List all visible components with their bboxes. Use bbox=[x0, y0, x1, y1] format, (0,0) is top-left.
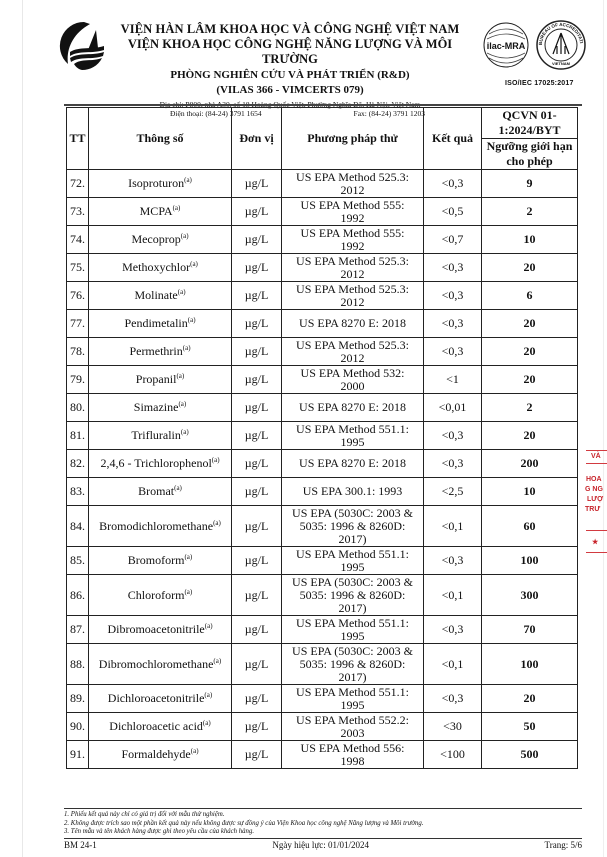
row-number: 75. bbox=[67, 254, 89, 282]
page-edge-right bbox=[603, 0, 604, 857]
row-number: 88. bbox=[67, 644, 89, 685]
svg-text:ilac-MRA: ilac-MRA bbox=[487, 41, 526, 51]
footnote-marker: (a) bbox=[183, 344, 191, 352]
parameter-name: Dichloroacetic acid(a) bbox=[89, 713, 232, 741]
test-method: US EPA 8270 E: 2018 bbox=[282, 394, 424, 422]
unit: µg/L bbox=[232, 506, 282, 547]
parameter-name: Permethrin(a) bbox=[89, 338, 232, 366]
test-method: US EPA 8270 E: 2018 bbox=[282, 310, 424, 338]
parameter-name: Trifluralin(a) bbox=[89, 422, 232, 450]
form-code: BM 24-1 bbox=[64, 840, 97, 850]
footnote-marker: (a) bbox=[205, 622, 213, 630]
result-value: <0,3 bbox=[424, 282, 482, 310]
limit-value: 6 bbox=[482, 282, 578, 310]
table-row: 82.2,4,6 - Trichlorophenol(a)µg/LUS EPA … bbox=[67, 450, 578, 478]
test-method: US EPA (5030C: 2003 & 5035: 1996 & 8260D… bbox=[282, 644, 424, 685]
limit-value: 2 bbox=[482, 198, 578, 226]
limit-value: 20 bbox=[482, 310, 578, 338]
unit: µg/L bbox=[232, 616, 282, 644]
result-value: <0,1 bbox=[424, 644, 482, 685]
unit: µg/L bbox=[232, 741, 282, 769]
parameter-name: Dichloroacetonitrile(a) bbox=[89, 685, 232, 713]
col-header-tt: TT bbox=[67, 108, 89, 170]
footnote-marker: (a) bbox=[204, 691, 212, 699]
row-number: 74. bbox=[67, 226, 89, 254]
institute-name: VIỆN KHOA HỌC CÔNG NGHỆ NĂNG LƯỢNG VÀ MÔ… bbox=[100, 37, 480, 67]
limit-value: 20 bbox=[482, 422, 578, 450]
result-value: <1 bbox=[424, 366, 482, 394]
note-3: 3. Tên mẫu và tên khách hàng được ghi th… bbox=[64, 828, 424, 837]
col-header-parameter: Thông số bbox=[89, 108, 232, 170]
footer-notes: 1. Phiếu kết quả này chỉ có giá trị đối … bbox=[64, 811, 424, 837]
limit-value: 10 bbox=[482, 226, 578, 254]
test-method: US EPA Method 551.1: 1995 bbox=[282, 616, 424, 644]
header-divider bbox=[64, 104, 582, 106]
unit: µg/L bbox=[232, 685, 282, 713]
row-number: 91. bbox=[67, 741, 89, 769]
footer-divider-bottom bbox=[64, 838, 582, 839]
effective-date: Ngày hiệu lực: 01/01/2024 bbox=[272, 840, 369, 850]
parameter-name: Mecoprop(a) bbox=[89, 226, 232, 254]
note-2: 2. Không được trích sao một phần kết quả… bbox=[64, 820, 424, 829]
limit-value: 100 bbox=[482, 644, 578, 685]
page-footer: BM 24-1 Ngày hiệu lực: 01/01/2024 Trang:… bbox=[64, 840, 582, 850]
table-row: 91.Formaldehyde(a)µg/LUS EPA Method 556:… bbox=[67, 741, 578, 769]
unit: µg/L bbox=[232, 547, 282, 575]
red-seal-stamp-fragment: VÀ HOA G NG LƯỢ TRƯ ★ bbox=[582, 448, 607, 558]
table-row: 73.MCPA(a)µg/LUS EPA Method 555: 1992<0,… bbox=[67, 198, 578, 226]
table-row: 79.Propanil(a)µg/LUS EPA Method 532: 200… bbox=[67, 366, 578, 394]
test-method: US EPA Method 555: 1992 bbox=[282, 198, 424, 226]
test-method: US EPA Method 555: 1992 bbox=[282, 226, 424, 254]
result-value: <30 bbox=[424, 713, 482, 741]
footnote-marker: (a) bbox=[181, 428, 189, 436]
limit-value: 300 bbox=[482, 575, 578, 616]
unit: µg/L bbox=[232, 713, 282, 741]
result-value: <0,3 bbox=[424, 254, 482, 282]
result-value: <0,3 bbox=[424, 310, 482, 338]
unit: µg/L bbox=[232, 366, 282, 394]
footnote-marker: (a) bbox=[174, 484, 182, 492]
star-icon: ★ bbox=[592, 538, 598, 546]
result-value: <0,3 bbox=[424, 685, 482, 713]
limit-value: 200 bbox=[482, 450, 578, 478]
parameter-name: Isoproturon(a) bbox=[89, 170, 232, 198]
document-header: VIỆN HÀN LÂM KHOA HỌC VÀ CÔNG NGHỆ VIỆT … bbox=[0, 0, 607, 102]
test-method: US EPA (5030C: 2003 & 5035: 1996 & 8260D… bbox=[282, 575, 424, 616]
limit-value: 20 bbox=[482, 338, 578, 366]
table-row: 81.Trifluralin(a)µg/LUS EPA Method 551.1… bbox=[67, 422, 578, 450]
unit: µg/L bbox=[232, 282, 282, 310]
limit-value: 2 bbox=[482, 394, 578, 422]
table-row: 89.Dichloroacetonitrile(a)µg/LUS EPA Met… bbox=[67, 685, 578, 713]
parameter-name: 2,4,6 - Trichlorophenol(a) bbox=[89, 450, 232, 478]
academy-name: VIỆN HÀN LÂM KHOA HỌC VÀ CÔNG NGHỆ VIỆT … bbox=[100, 22, 480, 37]
row-number: 85. bbox=[67, 547, 89, 575]
row-number: 79. bbox=[67, 366, 89, 394]
footnote-marker: (a) bbox=[184, 176, 192, 184]
results-table: TT Thông số Đơn vị Phương pháp thử Kết q… bbox=[66, 107, 578, 769]
test-method: US EPA Method 525.3: 2012 bbox=[282, 170, 424, 198]
row-number: 84. bbox=[67, 506, 89, 547]
footnote-marker: (a) bbox=[184, 553, 192, 561]
unit: µg/L bbox=[232, 198, 282, 226]
unit: µg/L bbox=[232, 310, 282, 338]
table-row: 85.Bromoform(a)µg/LUS EPA Method 551.1: … bbox=[67, 547, 578, 575]
department-name: PHÒNG NGHIÊN CỨU VÀ PHÁT TRIỂN (R&D) bbox=[100, 68, 480, 83]
footnote-marker: (a) bbox=[188, 316, 196, 324]
result-value: <2,5 bbox=[424, 478, 482, 506]
test-method: US EPA 300.1: 1993 bbox=[282, 478, 424, 506]
accreditation-codes: (VILAS 366 - VIMCERTS 079) bbox=[100, 83, 480, 97]
test-method: US EPA 8270 E: 2018 bbox=[282, 450, 424, 478]
table-row: 83.Bromat(a)µg/LUS EPA 300.1: 1993<2,510 bbox=[67, 478, 578, 506]
page-edge-left bbox=[22, 0, 23, 857]
test-method: US EPA Method 525.3: 2012 bbox=[282, 338, 424, 366]
table-row: 88.Dibromochloromethane(a)µg/LUS EPA (50… bbox=[67, 644, 578, 685]
test-method: US EPA Method 556: 1998 bbox=[282, 741, 424, 769]
table-row: 76.Molinate(a)µg/LUS EPA Method 525.3: 2… bbox=[67, 282, 578, 310]
unit: µg/L bbox=[232, 394, 282, 422]
page-number: Trang: 5/6 bbox=[545, 840, 582, 850]
parameter-name: Pendimetalin(a) bbox=[89, 310, 232, 338]
test-method: US EPA Method 551.1: 1995 bbox=[282, 685, 424, 713]
test-method: US EPA Method 532: 2000 bbox=[282, 366, 424, 394]
parameter-name: Propanil(a) bbox=[89, 366, 232, 394]
unit: µg/L bbox=[232, 575, 282, 616]
limit-value: 70 bbox=[482, 616, 578, 644]
test-method: US EPA Method 525.3: 2012 bbox=[282, 254, 424, 282]
result-value: <0,3 bbox=[424, 616, 482, 644]
footnote-marker: (a) bbox=[176, 372, 184, 380]
limit-value: 50 bbox=[482, 713, 578, 741]
result-value: <0,7 bbox=[424, 226, 482, 254]
limit-value: 500 bbox=[482, 741, 578, 769]
parameter-name: Bromodichloromethane(a) bbox=[89, 506, 232, 547]
unit: µg/L bbox=[232, 170, 282, 198]
table-row: 72.Isoproturon(a)µg/LUS EPA Method 525.3… bbox=[67, 170, 578, 198]
parameter-name: Chloroform(a) bbox=[89, 575, 232, 616]
result-value: <0,3 bbox=[424, 338, 482, 366]
col-header-result: Kết quả bbox=[424, 108, 482, 170]
result-value: <0,5 bbox=[424, 198, 482, 226]
row-number: 76. bbox=[67, 282, 89, 310]
row-number: 73. bbox=[67, 198, 89, 226]
result-value: <0,3 bbox=[424, 170, 482, 198]
result-value: <0,3 bbox=[424, 422, 482, 450]
footnote-marker: (a) bbox=[190, 260, 198, 268]
table-row: 78.Permethrin(a)µg/LUS EPA Method 525.3:… bbox=[67, 338, 578, 366]
row-number: 78. bbox=[67, 338, 89, 366]
footnote-marker: (a) bbox=[178, 400, 186, 408]
limit-value: 100 bbox=[482, 547, 578, 575]
limit-value: 10 bbox=[482, 478, 578, 506]
table-row: 87.Dibromoacetonitrile(a)µg/LUS EPA Meth… bbox=[67, 616, 578, 644]
parameter-name: Simazine(a) bbox=[89, 394, 232, 422]
table-row: 86.Chloroform(a)µg/LUS EPA (5030C: 2003 … bbox=[67, 575, 578, 616]
footnote-marker: (a) bbox=[173, 204, 181, 212]
result-value: <0,1 bbox=[424, 575, 482, 616]
test-method: US EPA Method 525.3: 2012 bbox=[282, 282, 424, 310]
col-header-limit: Ngưỡng giới hạn cho phép bbox=[482, 139, 578, 170]
iso-standard: ISO/IEC 17025:2017 bbox=[505, 80, 574, 87]
limit-value: 20 bbox=[482, 254, 578, 282]
row-number: 89. bbox=[67, 685, 89, 713]
limit-value: 20 bbox=[482, 685, 578, 713]
unit: µg/L bbox=[232, 338, 282, 366]
test-method: US EPA Method 551.1: 1995 bbox=[282, 422, 424, 450]
row-number: 86. bbox=[67, 575, 89, 616]
row-number: 81. bbox=[67, 422, 89, 450]
test-method: US EPA Method 552.2: 2003 bbox=[282, 713, 424, 741]
ilac-mra-logo-icon: ilac-MRA bbox=[483, 22, 529, 68]
limit-value: 60 bbox=[482, 506, 578, 547]
result-value: <100 bbox=[424, 741, 482, 769]
parameter-name: Dibromochloromethane(a) bbox=[89, 644, 232, 685]
footnote-marker: (a) bbox=[181, 232, 189, 240]
parameter-name: MCPA(a) bbox=[89, 198, 232, 226]
row-number: 83. bbox=[67, 478, 89, 506]
row-number: 77. bbox=[67, 310, 89, 338]
parameter-name: Molinate(a) bbox=[89, 282, 232, 310]
parameter-name: Formaldehyde(a) bbox=[89, 741, 232, 769]
test-method: US EPA Method 551.1: 1995 bbox=[282, 547, 424, 575]
footer-divider-top bbox=[64, 808, 582, 809]
footnote-marker: (a) bbox=[191, 747, 199, 755]
unit: µg/L bbox=[232, 644, 282, 685]
parameter-name: Methoxychlor(a) bbox=[89, 254, 232, 282]
table-row: 90.Dichloroacetic acid(a)µg/LUS EPA Meth… bbox=[67, 713, 578, 741]
results-body: 72.Isoproturon(a)µg/LUS EPA Method 525.3… bbox=[67, 170, 578, 769]
footnote-marker: (a) bbox=[203, 719, 211, 727]
svg-text:VIETNAM: VIETNAM bbox=[552, 61, 571, 66]
footnote-marker: (a) bbox=[213, 519, 221, 527]
parameter-name: Dibromoacetonitrile(a) bbox=[89, 616, 232, 644]
row-number: 82. bbox=[67, 450, 89, 478]
row-number: 72. bbox=[67, 170, 89, 198]
row-number: 87. bbox=[67, 616, 89, 644]
col-header-standard: QCVN 01-1:2024/BYT bbox=[482, 108, 578, 139]
unit: µg/L bbox=[232, 254, 282, 282]
test-method: US EPA (5030C: 2003 & 5035: 1996 & 8260D… bbox=[282, 506, 424, 547]
result-value: <0,3 bbox=[424, 450, 482, 478]
result-value: <0,3 bbox=[424, 547, 482, 575]
footnote-marker: (a) bbox=[184, 588, 192, 596]
result-value: <0,01 bbox=[424, 394, 482, 422]
bureau-of-accreditation-logo-icon: BUREAU OF ACCREDITATION VIETNAM bbox=[536, 20, 586, 70]
unit: µg/L bbox=[232, 478, 282, 506]
table-row: 75.Methoxychlor(a)µg/LUS EPA Method 525.… bbox=[67, 254, 578, 282]
parameter-name: Bromat(a) bbox=[89, 478, 232, 506]
col-header-method: Phương pháp thử bbox=[282, 108, 424, 170]
footnote-marker: (a) bbox=[213, 657, 221, 665]
limit-value: 9 bbox=[482, 170, 578, 198]
unit: µg/L bbox=[232, 226, 282, 254]
col-header-unit: Đơn vị bbox=[232, 108, 282, 170]
row-number: 80. bbox=[67, 394, 89, 422]
parameter-name: Bromoform(a) bbox=[89, 547, 232, 575]
note-1: 1. Phiếu kết quả này chỉ có giá trị đối … bbox=[64, 811, 424, 820]
footnote-marker: (a) bbox=[212, 456, 220, 464]
row-number: 90. bbox=[67, 713, 89, 741]
unit: µg/L bbox=[232, 450, 282, 478]
table-row: 84.Bromodichloromethane(a)µg/LUS EPA (50… bbox=[67, 506, 578, 547]
table-row: 77.Pendimetalin(a)µg/LUS EPA 8270 E: 201… bbox=[67, 310, 578, 338]
limit-value: 20 bbox=[482, 366, 578, 394]
result-value: <0,1 bbox=[424, 506, 482, 547]
unit: µg/L bbox=[232, 422, 282, 450]
table-row: 80.Simazine(a)µg/LUS EPA 8270 E: 2018<0,… bbox=[67, 394, 578, 422]
table-row: 74.Mecoprop(a)µg/LUS EPA Method 555: 199… bbox=[67, 226, 578, 254]
footnote-marker: (a) bbox=[178, 288, 186, 296]
